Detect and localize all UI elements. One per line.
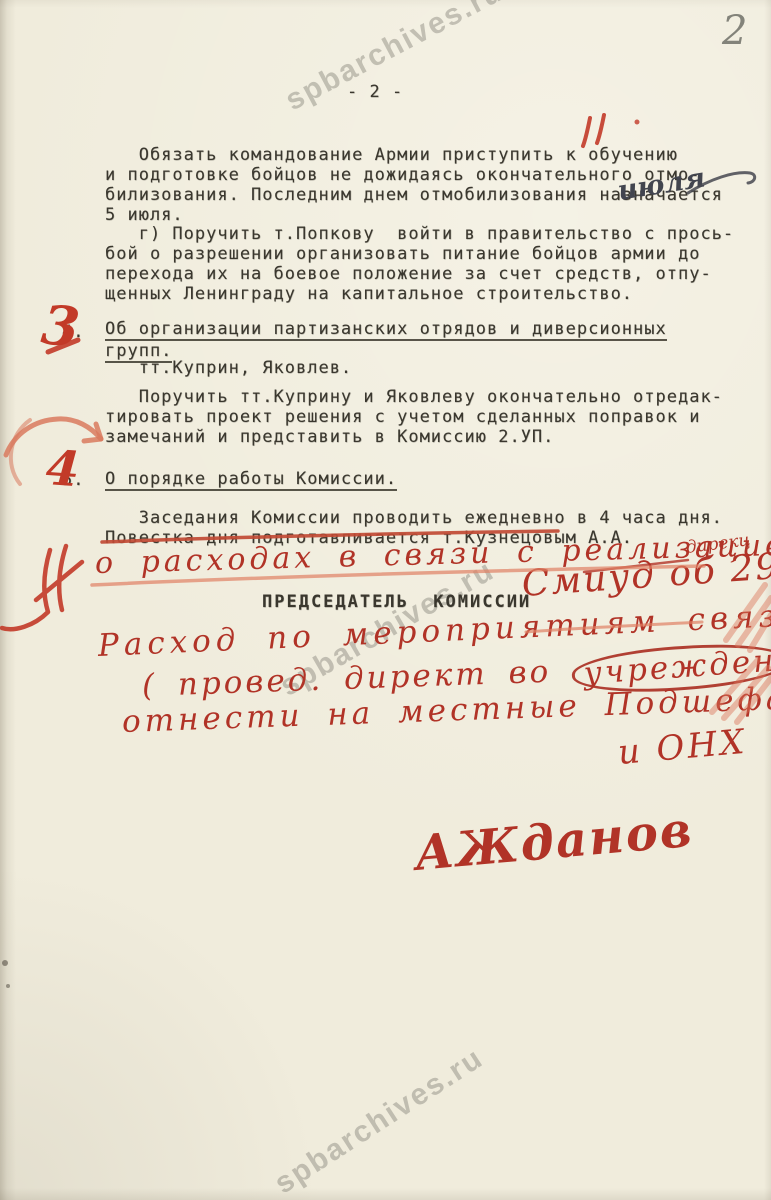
scanned-document-page: spbarchives.ru spbarchives.ru spbarchive… <box>0 0 771 1200</box>
typed-heading-commission-order: О порядке работы Комиссии. <box>105 469 397 491</box>
pencil-page-number: 2 <box>722 8 747 54</box>
scan-speck <box>6 984 10 988</box>
typed-line: тировать проект решения с учетом сделанн… <box>105 407 723 427</box>
typed-line: 5 июля. <box>105 205 723 225</box>
typed-line: Обязать командование Армии приступить к … <box>105 145 723 165</box>
scan-speck <box>2 960 8 966</box>
zhdanov-signature: АЖданов <box>413 802 696 882</box>
typed-paragraph-kuprin: Поручить тт.Куприну и Яковлеву окончател… <box>105 387 723 447</box>
typed-heading-line: Об организации партизанских отрядов и ди… <box>105 319 667 341</box>
red-arc <box>11 420 30 484</box>
red-arrow-head <box>84 424 101 441</box>
red-renumber-4: 4 <box>44 440 81 498</box>
typed-line: Поручить тт.Куприну и Яковлеву окончател… <box>105 387 723 407</box>
typed-chairman-line: ПРЕДСЕДАТЕЛЬ КОМИССИИ <box>262 592 531 612</box>
typed-line: перехода их на боевое положение за счет … <box>105 264 734 284</box>
typed-line: бой о разрешении организовать питание бо… <box>105 244 734 264</box>
red-dot <box>635 120 640 125</box>
watermark-bottom: spbarchives.ru <box>269 1041 490 1200</box>
red-renumber-3: 3 <box>39 292 83 360</box>
typed-heading-partisans: Об организации партизанских отрядов и ди… <box>105 319 667 363</box>
typed-page-number: - 2 - <box>347 82 403 102</box>
red-margin-mark <box>2 546 82 629</box>
typed-line: щенных Ленинграду на капитальное строите… <box>105 284 734 304</box>
typed-line: Заседания Комиссии проводить ежедневно в… <box>105 508 723 528</box>
typed-assignees: тт.Куприн, Яковлев. <box>105 358 352 378</box>
typed-line: замечаний и представить в Комиссию 2.УП. <box>105 427 723 447</box>
typed-line: г) Поручить т.Попкову войти в правительс… <box>105 224 734 244</box>
typed-paragraph-popkov: г) Поручить т.Попкову войти в правительс… <box>105 224 734 304</box>
typed-heading-line: О порядке работы Комиссии. <box>105 469 397 491</box>
red-tick-marks <box>583 115 604 146</box>
red-block-line-4: и ОНХ <box>616 722 748 773</box>
